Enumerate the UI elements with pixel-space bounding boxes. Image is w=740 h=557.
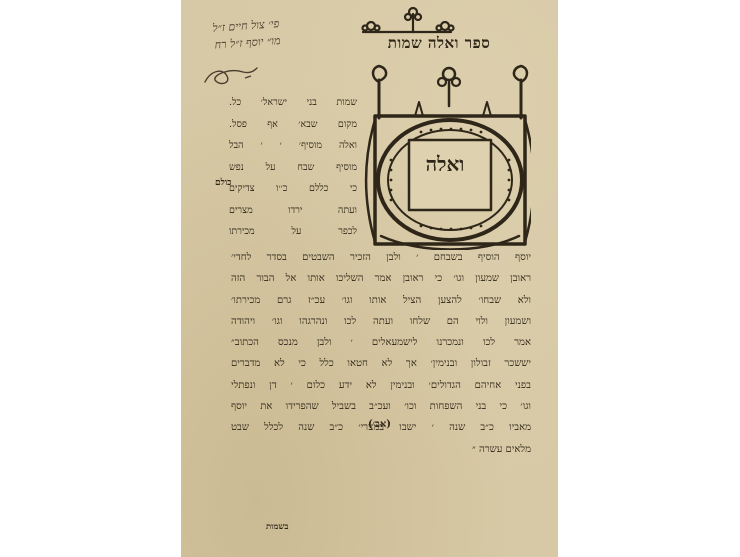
text-line: וגו׳ כי בני השפחות וכו׳ ועכ״ב בשביל שהפר… — [231, 396, 531, 417]
signature-flourish-icon — [201, 64, 261, 86]
text-line: ראובן שמעון וגו׳ כי ראובן אמר השליכו אות… — [231, 268, 531, 289]
text-line: מלאים עשרה ״ — [231, 439, 531, 460]
margin-note: כולם — [215, 177, 232, 188]
book-title: ספר ואלה שמות — [361, 34, 517, 53]
verse-count: (אב׳) — [368, 419, 391, 430]
text-line: יששכר זבולון ובנימין׳ אך לא חטאו כלל כי … — [231, 353, 531, 374]
text-line: בפני אחיהם הגדולים׳ ובנימין לא ידע כלום … — [231, 375, 531, 396]
text-line: ולא שבחו׳ להצען הציל אותו וגו׳ עכ״ז גרם … — [231, 290, 531, 311]
initial-word: ואלה — [415, 152, 475, 177]
handwritten-note: פי׳ צול חיים ז״ל מו״ יוסף ז״ל רח — [194, 15, 281, 55]
text-line: יוסף הוסיף בשבחם ׳ ולבן הזכיר השבטים בסד… — [231, 247, 531, 268]
text-line: אמר לכו ונמכרנו לישמעאלים ׳ ולבן מנכס הכ… — [231, 332, 531, 353]
text-line: לכפר על מכירתו — [229, 221, 357, 243]
text-line: שמות בני ישראל׳ כל. — [229, 92, 357, 114]
manuscript-page: ספר ואלה שמות פי׳ צול חיים ז״ל מו״ יוסף … — [181, 0, 558, 557]
text-line: ושמעון ולוי הם שלחו ועתה לכו ונהרגהו וגו… — [231, 311, 531, 332]
text-line: מקום שבא׳ אף פסל. — [229, 114, 357, 136]
text-line: ועתה ירדו מצרים — [229, 200, 357, 222]
side-column-text: שמות בני ישראל׳ כל. מקום שבא׳ אף פסל. וא… — [229, 92, 357, 243]
text-line: מוסיף שבח על נפש — [229, 157, 357, 179]
title-ornament-icon — [301, 4, 461, 36]
text-line: ואלה מוסיף׳ ׳ ׳ הבל — [229, 135, 357, 157]
catchword: בשמות — [266, 521, 289, 532]
text-line: כי כללם כ׳׳ו צדיקים — [229, 178, 357, 200]
